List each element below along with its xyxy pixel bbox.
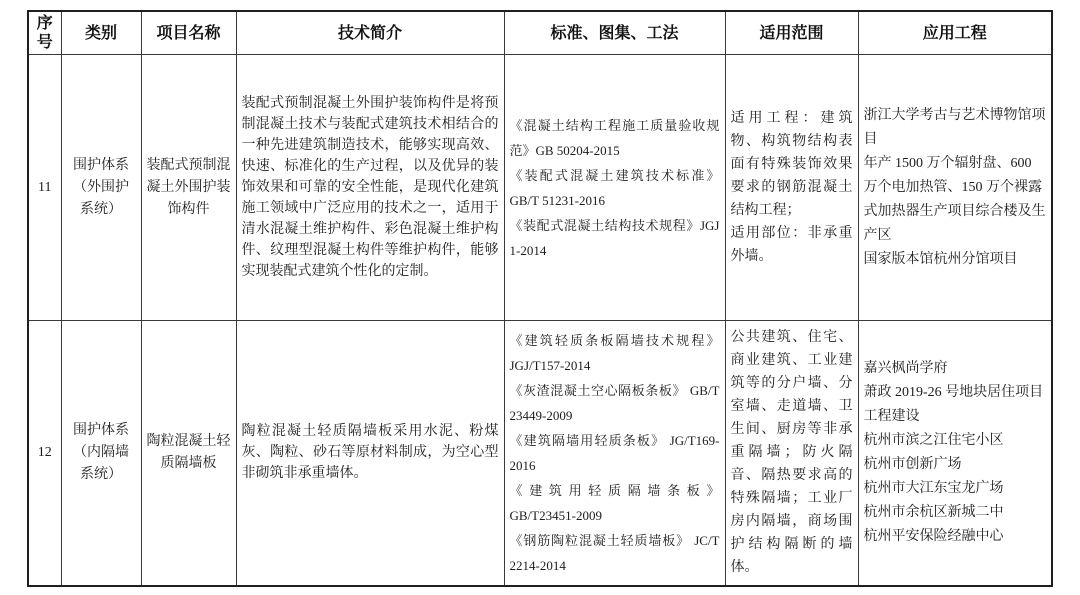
- cell-scope: 公共建筑、住宅、商业建筑、工业建筑等的分户墙、分室墙、走道墙、卫生间、厨房等非承…: [725, 321, 858, 586]
- cell-applied-projects: 浙江大学考古与艺术博物馆项目年产 1500 万个辐射盘、600 万个电加热管、1…: [858, 55, 1052, 321]
- cell-applied-projects: 嘉兴枫尚学府萧政 2019-26 号地块居住项目工程建设杭州市滨之江住宅小区杭州…: [858, 321, 1052, 586]
- cell-category: 围护体系（外围护系统）: [61, 55, 141, 321]
- cell-serial-number: 12: [28, 321, 61, 586]
- cell-serial-number: 11: [28, 55, 61, 321]
- technology-catalog-table: 序号 类别 项目名称 技术简介 标准、图集、工法 适用范围 应用工程 11 围护…: [27, 10, 1053, 587]
- table-row-11: 11 围护体系（外围护系统） 装配式预制混凝土外围护装饰构件 装配式预制混凝土外…: [28, 55, 1052, 321]
- list-line: 公共建筑、住宅、商业建筑、工业建筑等的分户墙、分室墙、走道墙、卫生间、厨房等非承…: [731, 326, 853, 579]
- list-line: 《建筑用轻质隔墙条板》 GB/T23451-2009: [510, 478, 720, 528]
- cell-category: 围护体系（内隔墙系统）: [61, 321, 141, 586]
- list-line: 《装配式混凝土结构技术规程》JGJ 1-2014: [510, 213, 720, 263]
- list-line: 杭州市创新广场: [864, 453, 1047, 477]
- header-scope: 适用范围: [725, 11, 858, 55]
- cell-project-name: 陶粒混凝土轻质隔墙板: [141, 321, 236, 586]
- list-line: 适用工程：建筑物、构筑物结构表面有特殊装饰效果要求的钢筋混凝土结构工程；: [731, 107, 853, 222]
- cell-tech-intro: 陶粒混凝土轻质隔墙板采用水泥、粉煤灰、陶粒、砂石等原材料制成，为空心型非砌筑非承…: [236, 321, 504, 586]
- list-line: 《钢筋陶粒混凝土轻质墙板》 JC/T 2214-2014: [510, 528, 720, 578]
- cell-standards: 《混凝土结构工程施工质量验收规范》GB 50204-2015《装配式混凝土建筑技…: [504, 55, 725, 321]
- cell-standards: 《建筑轻质条板隔墙技术规程》JGJ/T157-2014《灰渣混凝土空心隔板条板》…: [504, 321, 725, 586]
- header-tech-intro: 技术简介: [236, 11, 504, 55]
- header-category: 类别: [61, 11, 141, 55]
- list-line: 杭州市大江东宝龙广场: [864, 477, 1047, 501]
- list-line: 《灰渣混凝土空心隔板条板》 GB/T 23449-2009: [510, 378, 720, 428]
- list-line: 适用部位：非承重外墙。: [731, 222, 853, 268]
- header-standards: 标准、图集、工法: [504, 11, 725, 55]
- list-line: 国家版本馆杭州分馆项目: [864, 248, 1047, 272]
- list-line: 嘉兴枫尚学府: [864, 357, 1047, 381]
- list-line: 《建筑隔墙用轻质条板》 JG/T169-2016: [510, 428, 720, 478]
- list-line: 杭州市滨之江住宅小区: [864, 429, 1047, 453]
- list-line: 萧政 2019-26 号地块居住项目工程建设: [864, 381, 1047, 429]
- header-row: 序号 类别 项目名称 技术简介 标准、图集、工法 适用范围 应用工程: [28, 11, 1052, 55]
- header-project-name: 项目名称: [141, 11, 236, 55]
- list-line: 年产 1500 万个辐射盘、600 万个电加热管、150 万个裸露式加热器生产项…: [864, 152, 1047, 248]
- list-line: 浙江大学考古与艺术博物馆项目: [864, 104, 1047, 152]
- list-line: 《建筑轻质条板隔墙技术规程》JGJ/T157-2014: [510, 328, 720, 378]
- cell-scope: 适用工程：建筑物、构筑物结构表面有特殊装饰效果要求的钢筋混凝土结构工程；适用部位…: [725, 55, 858, 321]
- list-line: 《装配式混凝土建筑技术标准》GB/T 51231-2016: [510, 163, 720, 213]
- cell-project-name: 装配式预制混凝土外围护装饰构件: [141, 55, 236, 321]
- cell-tech-intro: 装配式预制混凝土外围护装饰构件是将预制混凝土技术与装配式建筑技术相结合的一种先进…: [236, 55, 504, 321]
- list-line: 杭州平安保险经融中心: [864, 525, 1047, 549]
- document-page: 序号 类别 项目名称 技术简介 标准、图集、工法 适用范围 应用工程 11 围护…: [0, 0, 1080, 595]
- list-line: 《混凝土结构工程施工质量验收规范》GB 50204-2015: [510, 113, 720, 163]
- table-row-12: 12 围护体系（内隔墙系统） 陶粒混凝土轻质隔墙板 陶粒混凝土轻质隔墙板采用水泥…: [28, 321, 1052, 586]
- header-serial-number: 序号: [28, 11, 61, 55]
- list-line: 杭州市余杭区新城二中: [864, 501, 1047, 525]
- header-applied-projects: 应用工程: [858, 11, 1052, 55]
